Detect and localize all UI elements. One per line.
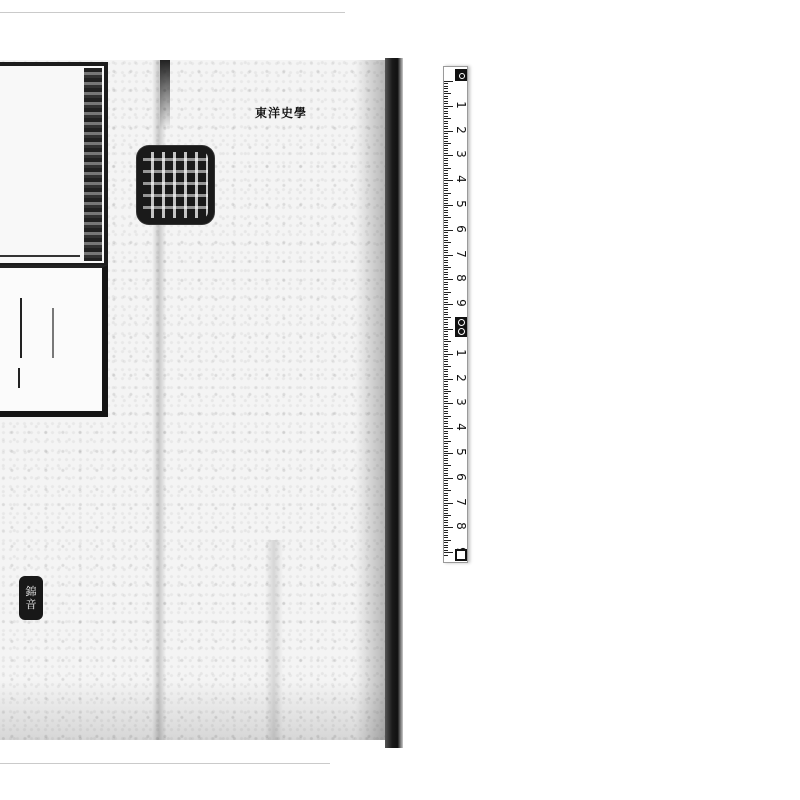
ruler-tick <box>444 327 448 328</box>
ruler-tick <box>444 361 448 362</box>
ruler-tick <box>444 242 451 243</box>
faded-text-mark <box>52 308 54 358</box>
ruler-tick <box>444 205 453 206</box>
ruler-tick <box>444 384 448 385</box>
ruler-tick <box>444 470 448 471</box>
ruler-number: 9 <box>454 296 468 310</box>
ruler-tick <box>444 180 453 181</box>
seal-char: 錦 <box>26 585 37 598</box>
ruler-tick <box>444 299 448 300</box>
ruler-tick <box>444 433 448 434</box>
collection-label: 東洋史學 <box>255 104 307 121</box>
ruler-tick <box>444 220 448 221</box>
ruler-tick <box>444 458 448 459</box>
ruler-tick <box>444 158 448 159</box>
book-page-edge <box>385 58 403 748</box>
ruler-tick <box>444 403 453 404</box>
ruler-tick <box>444 532 448 533</box>
cover-edge-shadow <box>355 60 385 740</box>
faded-text-mark <box>20 298 22 358</box>
ruler-number: 2 <box>454 123 468 137</box>
ruler-number: 5 <box>454 197 468 211</box>
ruler-tick <box>444 354 453 355</box>
ruler-tick <box>444 485 448 486</box>
ruler-number: 7 <box>454 247 468 261</box>
ruler-tick <box>444 131 453 132</box>
ruler-tick <box>444 163 448 164</box>
ruler-tick <box>444 401 448 402</box>
ruler-tick <box>444 438 448 439</box>
ruler-tick <box>444 535 448 536</box>
ruler-tick <box>444 460 448 461</box>
ruler-tick <box>444 446 448 447</box>
ruler-tick <box>444 314 448 315</box>
ruler-tick <box>444 287 448 288</box>
ruler-tick <box>444 170 448 171</box>
ruler-tick <box>444 339 448 340</box>
ruler-tick <box>444 455 448 456</box>
ruler-end-marker <box>455 549 467 561</box>
ruler-tick <box>444 329 453 330</box>
faded-text-mark <box>18 368 20 388</box>
ruler-tick <box>444 555 448 556</box>
ruler-tick <box>444 490 451 491</box>
title-slip <box>0 62 108 267</box>
ruler-tick <box>444 262 448 263</box>
ruler-tick <box>444 108 448 109</box>
ruler-number: 8 <box>454 271 468 285</box>
ruler-tick <box>444 212 448 213</box>
ruler-tick <box>444 396 448 397</box>
ruler-tick <box>444 371 448 372</box>
measurement-ruler: 123456789123456789 <box>443 66 468 563</box>
ruler-tick <box>444 198 448 199</box>
ruler-tick <box>444 334 448 335</box>
ruler-number: 6 <box>454 222 468 236</box>
ruler-ticks <box>444 67 454 562</box>
ruler-tick <box>444 183 448 184</box>
ruler-tick <box>444 304 453 305</box>
ruler-tick <box>444 153 448 154</box>
ruler-tick <box>444 133 448 134</box>
ruler-tick <box>444 505 448 506</box>
ruler-tick <box>444 520 448 521</box>
title-slip-inner-border <box>0 72 80 257</box>
ruler-tick <box>444 344 448 345</box>
ruler-tick <box>444 465 451 466</box>
scan-edge-top <box>0 12 345 13</box>
ruler-tick <box>444 522 448 523</box>
ruler-tick <box>444 138 448 139</box>
ruler-tick <box>444 364 448 365</box>
ruler-tick <box>444 398 448 399</box>
ruler-tick <box>444 386 448 387</box>
ruler-tick <box>444 294 448 295</box>
ruler-tick <box>444 98 448 99</box>
ruler-tick <box>444 411 448 412</box>
ruler-tick <box>444 302 448 303</box>
ruler-tick <box>444 503 453 504</box>
ruler-tick <box>444 527 453 528</box>
ruler-tick <box>444 324 448 325</box>
ruler-tick <box>444 441 451 442</box>
ruler-tick <box>444 282 448 283</box>
ruler-tick <box>444 106 453 107</box>
ruler-tick <box>444 292 451 293</box>
ruler-tick <box>444 349 448 350</box>
ruler-tick <box>444 145 448 146</box>
ruler-tick <box>444 116 448 117</box>
ruler-tick <box>444 203 448 204</box>
ruler-tick <box>444 317 451 318</box>
ruler-tick <box>444 143 451 144</box>
ruler-tick <box>444 81 453 82</box>
ruler-tick <box>444 428 453 429</box>
ruler-tick <box>444 136 448 137</box>
ruler-number: 6 <box>454 470 468 484</box>
ruler-tick <box>444 307 448 308</box>
ruler-tick <box>444 200 448 201</box>
ruler-tick <box>444 406 448 407</box>
ruler-tick <box>444 421 448 422</box>
ruler-tick <box>444 225 448 226</box>
ruler-tick <box>444 113 448 114</box>
ruler-tick <box>444 510 448 511</box>
ruler-tick <box>444 284 448 285</box>
ruler-tick <box>444 416 451 417</box>
ruler-tick <box>444 111 448 112</box>
ruler-tick <box>444 426 448 427</box>
ruler-tick <box>444 495 448 496</box>
ruler-number: 5 <box>454 445 468 459</box>
ruler-tick <box>444 537 448 538</box>
ruler-tick <box>444 498 448 499</box>
ruler-number: 2 <box>454 371 468 385</box>
ruler-tick <box>444 493 448 494</box>
ruler-tick <box>444 309 448 310</box>
scan-edge-bottom <box>0 763 330 764</box>
ruler-tick <box>444 252 448 253</box>
ruler-tick <box>444 346 448 347</box>
ruler-tick <box>444 381 448 382</box>
content-label-box <box>0 265 108 417</box>
ruler-tick <box>444 525 448 526</box>
ruler-number: 8 <box>454 519 468 533</box>
ruler-zero-marker <box>455 69 467 81</box>
ruler-tick <box>444 391 451 392</box>
binding-mark <box>160 60 170 130</box>
cover-bottom-shadow <box>0 680 385 740</box>
ruler-tick <box>444 148 448 149</box>
ruler-tick <box>444 173 448 174</box>
ruler-tick <box>444 312 448 313</box>
ruler-tick <box>444 269 448 270</box>
ruler-tick <box>444 103 448 104</box>
ruler-tick <box>444 160 448 161</box>
ruler-tick <box>444 195 448 196</box>
ruler-tick <box>444 436 448 437</box>
ruler-tick <box>444 128 448 129</box>
ruler-tick <box>444 279 453 280</box>
ruler-tick <box>444 123 448 124</box>
ruler-tick <box>444 245 448 246</box>
ruler-tick <box>444 217 451 218</box>
ruler-tick <box>444 453 453 454</box>
ruler-tick <box>444 101 448 102</box>
ruler-tick <box>444 227 448 228</box>
ruler-tick <box>444 322 448 323</box>
ruler-tick <box>444 240 448 241</box>
ruler-tick <box>444 408 448 409</box>
ruler-tick <box>444 418 448 419</box>
ruler-tick <box>444 175 448 176</box>
ruler-tick <box>444 369 448 370</box>
ruler-tick <box>444 515 451 516</box>
ruler-tick <box>444 289 448 290</box>
ruler-tick <box>444 500 448 501</box>
ruler-tick <box>444 178 448 179</box>
ruler-number: 3 <box>454 395 468 409</box>
ruler-tick <box>444 513 448 514</box>
ruler-tick <box>444 463 448 464</box>
ruler-tick <box>444 126 448 127</box>
ruler-tick <box>444 88 448 89</box>
ruler-number: 3 <box>454 147 468 161</box>
ruler-tick <box>444 207 448 208</box>
ruler-tick <box>444 93 451 94</box>
ruler-tick <box>444 91 448 92</box>
ruler-tick <box>444 118 451 119</box>
ruler-number: 4 <box>454 172 468 186</box>
ruler-tick <box>444 483 448 484</box>
ruler-tick <box>444 155 453 156</box>
ruler-tick <box>444 272 448 273</box>
ruler-number: 1 <box>454 98 468 112</box>
ruler-tick <box>444 188 448 189</box>
ruler-tick <box>444 265 448 266</box>
ruler-tick <box>444 540 451 541</box>
ruler-tick <box>444 96 448 97</box>
ruler-tick <box>444 376 448 377</box>
ruler-tick <box>444 413 448 414</box>
ruler-tick <box>444 121 448 122</box>
ruler-tick <box>444 431 448 432</box>
ruler-tick <box>444 193 451 194</box>
ruler-tick <box>444 468 448 469</box>
ruler-tick <box>444 277 448 278</box>
ruler-tick <box>444 443 448 444</box>
square-seal-stamp <box>137 146 214 224</box>
seal-char: 音 <box>26 598 37 611</box>
ruler-tick <box>444 190 448 191</box>
ruler-tick <box>444 356 448 357</box>
ruler-tick <box>444 260 448 261</box>
ruler-tick <box>444 274 448 275</box>
ruler-number: 7 <box>454 495 468 509</box>
ruler-tick <box>444 508 448 509</box>
ruler-number: 1 <box>454 346 468 360</box>
ruler-tick <box>444 550 448 551</box>
ruler-tick <box>444 374 448 375</box>
ruler-tick <box>444 331 448 332</box>
ruler-number: 4 <box>454 420 468 434</box>
ruler-tick <box>444 222 448 223</box>
ruler-tick <box>444 237 448 238</box>
ruler-tick <box>444 319 448 320</box>
ruler-tick <box>444 150 448 151</box>
ruler-tick <box>444 547 448 548</box>
ruler-tick <box>444 230 453 231</box>
ruler-tick <box>444 545 448 546</box>
ruler-tick <box>444 542 448 543</box>
ruler-tick <box>444 210 448 211</box>
ruler-tick <box>444 451 448 452</box>
ruler-tick <box>444 255 453 256</box>
ruler-tick <box>444 168 451 169</box>
ruler-tick <box>444 165 448 166</box>
ruler-tick <box>444 389 448 390</box>
ruler-tick <box>444 141 448 142</box>
ruler-tick <box>444 351 448 352</box>
ruler-tick <box>444 336 448 337</box>
ruler-tick <box>444 475 448 476</box>
ruler-tick <box>444 423 448 424</box>
ruler-tick <box>444 379 453 380</box>
ruler-tick <box>444 530 448 531</box>
ruler-tick <box>444 232 448 233</box>
ruler-tick <box>444 235 448 236</box>
ruler-tick <box>444 267 451 268</box>
ruler-tick <box>444 185 448 186</box>
ruler-tick <box>444 480 448 481</box>
ruler-tick <box>444 359 448 360</box>
ruler-tick <box>444 488 448 489</box>
small-seal-stamp: 錦 音 <box>19 576 43 620</box>
ruler-ten-marker <box>455 317 467 337</box>
ruler-tick <box>444 552 453 553</box>
ruler-tick <box>444 250 448 251</box>
ruler-tick <box>444 247 448 248</box>
ruler-tick <box>444 478 453 479</box>
ruler-tick <box>444 448 448 449</box>
ruler-tick <box>444 341 451 342</box>
ruler-tick <box>444 366 451 367</box>
ruler-tick <box>444 83 448 84</box>
ruler-tick <box>444 473 448 474</box>
ruler-tick <box>444 517 448 518</box>
ruler-tick <box>444 215 448 216</box>
ruler-tick <box>444 86 448 87</box>
ruler-tick <box>444 257 448 258</box>
ruler-tick <box>444 393 448 394</box>
ruler-tick <box>444 297 448 298</box>
